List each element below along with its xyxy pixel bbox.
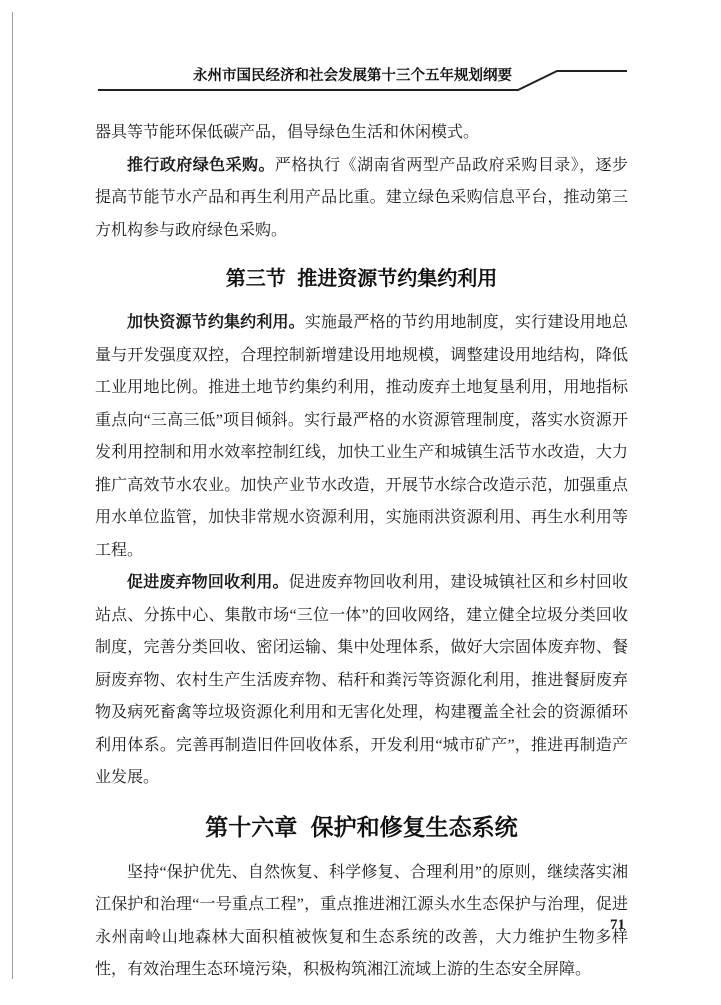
- header-rule-line: [0, 0, 721, 110]
- paragraph-continuation: 器具等节能环保低碳产品，倡导绿色生活和休闲模式。: [95, 117, 628, 150]
- section-heading: 第三节 推进资源节约集约利用: [95, 259, 628, 299]
- paragraph-continuation-text: 器具等节能环保低碳产品，倡导绿色生活和休闲模式。: [95, 124, 479, 141]
- chapter-heading: 第十六章 保护和修复生态系统: [95, 805, 628, 849]
- document-page: 永州市国民经济和社会发展第十三个五年规划纲要 器具等节能环保低碳产品，倡导绿色生…: [0, 0, 721, 1005]
- document-body: 器具等节能环保低碳产品，倡导绿色生活和休闲模式。 推行政府绿色采购。严格执行《湖…: [95, 117, 628, 987]
- paragraph-waste-recycling-text: 促进废弃物回收利用，建设城镇社区和乡村回收站点、分拣中心、集散市场“三位一体”的…: [95, 574, 628, 786]
- paragraph-ecosystem: 坚持“保护优先、自然恢复、科学修复、合理利用”的原则，继续落实湘江保护和治理“一…: [95, 857, 628, 987]
- paragraph-ecosystem-text: 坚持“保护优先、自然恢复、科学修复、合理利用”的原则，继续落实湘江保护和治理“一…: [95, 864, 628, 979]
- scan-edge-line: [12, 12, 13, 979]
- paragraph-green-procurement: 推行政府绿色采购。严格执行《湖南省两型产品政府采购目录》，逐步提高节能节水产品和…: [95, 150, 628, 248]
- paragraph-resource-conservation: 加快资源节约集约利用。实施最严格的节约用地制度，实行建设用地总量与开发强度双控，…: [95, 307, 628, 567]
- paragraph-green-procurement-lead: 推行政府绿色采购。: [127, 157, 275, 174]
- running-header-title: 永州市国民经济和社会发展第十三个五年规划纲要: [98, 66, 512, 86]
- page-number: 71: [610, 915, 625, 935]
- paragraph-waste-recycling-lead: 促进废弃物回收利用。: [127, 574, 289, 591]
- paragraph-resource-conservation-lead: 加快资源节约集约利用。: [127, 314, 305, 331]
- paragraph-resource-conservation-text: 实施最严格的节约用地制度，实行建设用地总量与开发强度双控，合理控制新增建设用地规…: [95, 314, 628, 559]
- paragraph-waste-recycling: 促进废弃物回收利用。促进废弃物回收利用，建设城镇社区和乡村回收站点、分拣中心、集…: [95, 567, 628, 795]
